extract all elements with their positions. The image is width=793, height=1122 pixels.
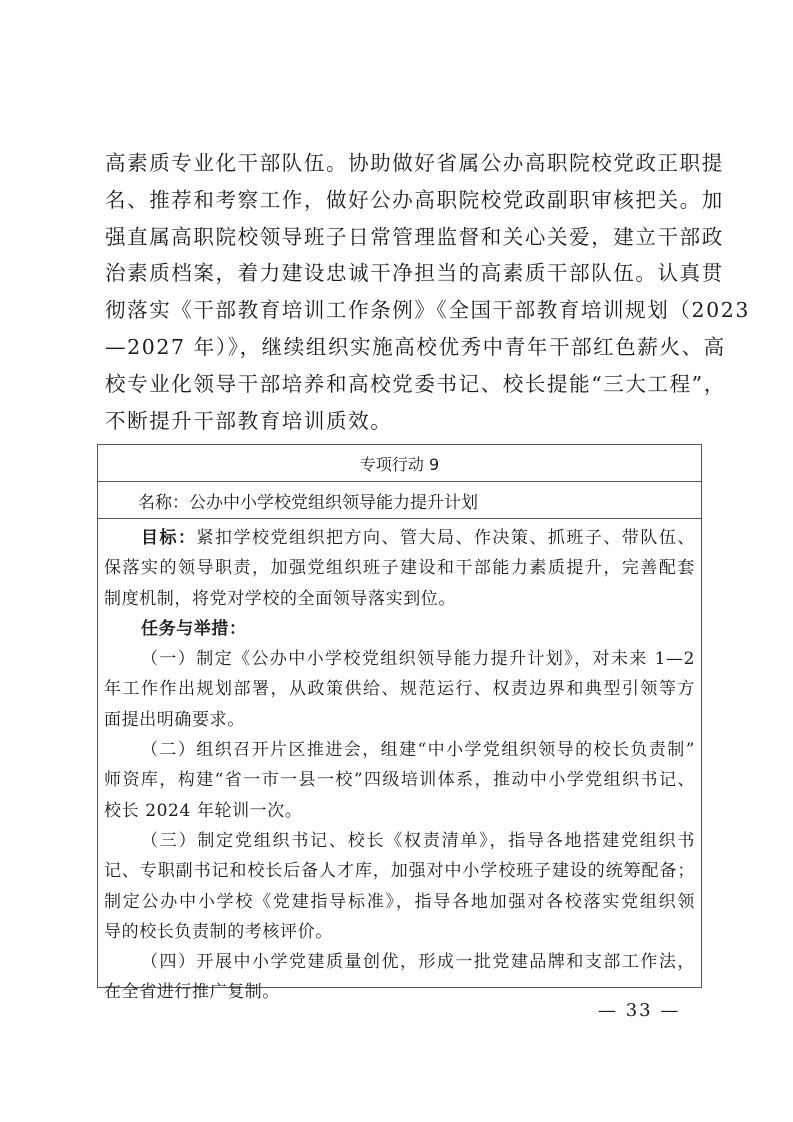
body-line: 治素质档案，着力建设忠诚干净担当的高素质干部队伍。认真贯 xyxy=(105,255,697,292)
task-2-line: 师资库，构建“省一市一县一校”四级培训体系，推动中小学党组织书记、 xyxy=(104,765,695,795)
task-4-line: （四）开展中小学党建质量创优，形成一批党建品牌和支部工作法， xyxy=(104,947,695,977)
goal-line: 目标：紧扣学校党组织把方向、管大局、作决策、抓班子、带队伍、 xyxy=(104,523,695,553)
task-1-line: 面提出明确要求。 xyxy=(104,705,695,735)
action-content: 目标：紧扣学校党组织把方向、管大局、作决策、抓班子、带队伍、 保落实的领导职责，… xyxy=(98,519,701,1008)
body-paragraph: 高素质专业化干部队伍。协助做好省属公办高职院校党政正职提 名、推荐和考察工作，做… xyxy=(105,145,697,439)
goal-line: 保落实的领导职责，加强党组织班子建设和干部能力素质提升，完善配套 xyxy=(104,553,695,583)
task-1-line: 年工作作出规划部署，从政策供给、规范运行、权责边界和典型引领等方 xyxy=(104,674,695,704)
page-number: — 33 — xyxy=(598,1000,680,1021)
task-3-line: 导的校长负责制的考核评价。 xyxy=(104,917,695,947)
body-line: 彻落实《干部教育培训工作条例》《全国干部教育培训规划（2023 xyxy=(105,292,697,329)
goal-text: 紧扣学校党组织把方向、管大局、作决策、抓班子、带队伍、 xyxy=(197,528,696,548)
tasks-label: 任务与举措： xyxy=(104,614,695,644)
task-3-line: （三）制定党组织书记、校长《权责清单》，指导各地搭建党组织书 xyxy=(104,826,695,856)
body-line: 不断提升干部教育培训质效。 xyxy=(105,403,697,440)
body-line: —2027 年）》，继续组织实施高校优秀中青年干部红色薪火、高 xyxy=(105,329,697,366)
goal-line: 制度机制，将党对学校的全面领导落实到位。 xyxy=(104,584,695,614)
task-3-line: 记、专职副书记和校长后备人才库，加强对中小学校班子建设的统筹配备； xyxy=(104,856,695,886)
action-name: 名称：公办中小学校党组织领导能力提升计划 xyxy=(98,482,701,519)
body-line: 校专业化领导干部培养和高校党委书记、校长提能“三大工程”， xyxy=(105,366,697,403)
task-3-line: 制定公办中小学校《党建指导标准》，指导各地加强对各校落实党组织领 xyxy=(104,887,695,917)
body-line: 高素质专业化干部队伍。协助做好省属公办高职院校党政正职提 xyxy=(105,145,697,182)
task-2-line: （二）组织召开片区推进会，组建“中小学党组织领导的校长负责制” xyxy=(104,735,695,765)
special-action-box: 专项行动 9 名称：公办中小学校党组织领导能力提升计划 目标：紧扣学校党组织把方… xyxy=(97,444,702,988)
body-line: 名、推荐和考察工作，做好公办高职院校党政副职审核把关。加 xyxy=(105,182,697,219)
goal-label: 目标： xyxy=(141,528,197,548)
task-1-line: （一）制定《公办中小学校党组织领导能力提升计划》，对未来 1—2 xyxy=(104,644,695,674)
body-line: 强直属高职院校领导班子日常管理监督和关心关爱，建立干部政 xyxy=(105,219,697,256)
action-header: 专项行动 9 xyxy=(98,445,701,482)
task-2-line: 校长 2024 年轮训一次。 xyxy=(104,796,695,826)
